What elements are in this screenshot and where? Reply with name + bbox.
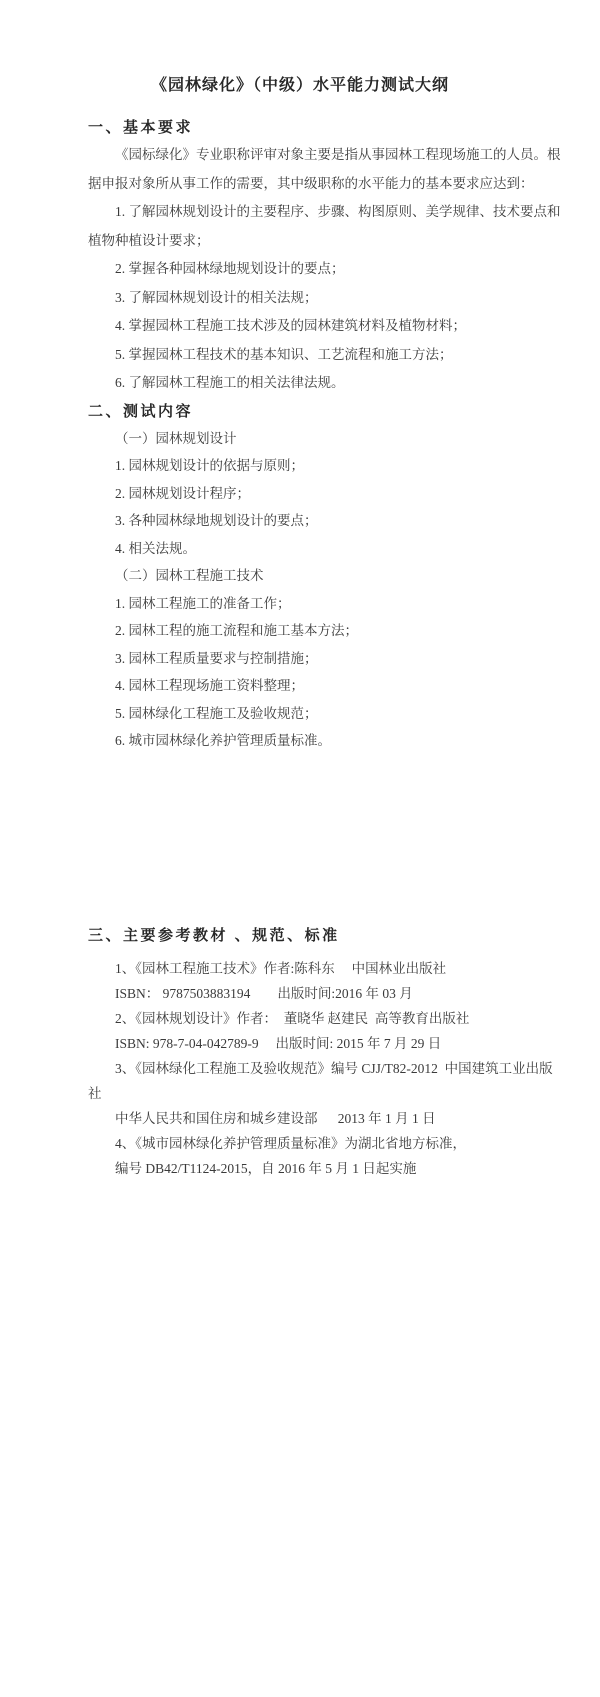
doc-line: 3. 园林工程质量要求与控制措施； [88, 645, 512, 673]
document-content: 《园林绿化》（中级）水平能力测试大纲 一、基本要求 《园标绿化》专业职称评审对象… [0, 0, 600, 1181]
doc-line: 6. 城市园林绿化养护管理质量标准。 [88, 727, 512, 755]
doc-line: 《园标绿化》专业职称评审对象主要是指从事园林工程现场施工的人员。根 [88, 141, 512, 170]
doc-line: ISBN: 978-7-04-042789-9 出版时间: 2015 年 7 月… [88, 1031, 512, 1056]
doc-line: 2、《园林规划设计》作者： 董晓华 赵建民 高等教育出版社 [88, 1006, 512, 1031]
doc-line: 1. 园林工程施工的准备工作； [88, 590, 512, 618]
doc-line: 植物种植设计要求； [88, 227, 512, 256]
doc-line: 3. 了解园林规划设计的相关法规； [88, 284, 512, 313]
doc-line: 2. 园林工程的施工流程和施工基本方法； [88, 617, 512, 645]
section-lines: 1、《园林工程施工技术》作者:陈科东 中国林业出版社ISBN： 97875038… [88, 956, 512, 1181]
section-references: 三、主要参考教材 、规范、标准 1、《园林工程施工技术》作者:陈科东 中国林业出… [88, 922, 512, 1181]
doc-line: 3. 各种园林绿地规划设计的要点； [88, 507, 512, 535]
doc-line: 编号 DB42/T1124-2015，自 2016 年 5 月 1 日起实施 [88, 1156, 512, 1181]
doc-line: 2. 掌握各种园林绿地规划设计的要点； [88, 255, 512, 284]
doc-line: （一）园林规划设计 [88, 425, 512, 453]
section-test-content: 二、测试内容 （一）园林规划设计1. 园林规划设计的依据与原则；2. 园林规划设… [88, 398, 512, 755]
doc-line: 1、《园林工程施工技术》作者:陈科东 中国林业出版社 [88, 956, 512, 981]
doc-line: ISBN： 9787503883194 出版时间:2016 年 03 月 [88, 981, 512, 1006]
doc-line: 4. 园林工程现场施工资料整理； [88, 672, 512, 700]
doc-line: 4. 相关法规。 [88, 535, 512, 563]
doc-line: 4. 掌握园林工程施工技术涉及的园林建筑材料及植物材料； [88, 312, 512, 341]
doc-line: 5. 园林绿化工程施工及验收规范； [88, 700, 512, 728]
doc-line: 3、《园林绿化工程施工及验收规范》编号 CJJ/T82-2012 中国建筑工业出… [88, 1056, 512, 1081]
doc-line: 2. 园林规划设计程序； [88, 480, 512, 508]
section-lines: （一）园林规划设计1. 园林规划设计的依据与原则；2. 园林规划设计程序；3. … [88, 425, 512, 755]
doc-line: （二）园林工程施工技术 [88, 562, 512, 590]
doc-line: 6. 了解园林工程施工的相关法律法规。 [88, 369, 512, 398]
doc-line: 1. 园林规划设计的依据与原则； [88, 452, 512, 480]
doc-line: 4、《城市园林绿化养护管理质量标准》为湖北省地方标准， [88, 1131, 512, 1156]
doc-line: 5. 掌握园林工程技术的基本知识、工艺流程和施工方法； [88, 341, 512, 370]
doc-line: 中华人民共和国住房和城乡建设部 2013 年 1 月 1 日 [88, 1106, 512, 1131]
doc-line: 据申报对象所从事工作的需要，其中级职称的水平能力的基本要求应达到： [88, 170, 512, 199]
section-heading-basic-requirements: 一、基本要求 [88, 114, 512, 141]
document-title: 《园林绿化》（中级）水平能力测试大纲 [88, 0, 512, 99]
section-basic-requirements: 一、基本要求 《园标绿化》专业职称评审对象主要是指从事园林工程现场施工的人员。根… [88, 114, 512, 398]
document-page: 《园林绿化》（中级）水平能力测试大纲 一、基本要求 《园标绿化》专业职称评审对象… [0, 0, 600, 1697]
doc-line: 1. 了解园林规划设计的主要程序、步骤、构图原则、美学规律、技术要点和 [88, 198, 512, 227]
section-heading-references: 三、主要参考教材 、规范、标准 [88, 922, 512, 949]
section-lines: 《园标绿化》专业职称评审对象主要是指从事园林工程现场施工的人员。根据申报对象所从… [88, 141, 512, 398]
doc-line: 社 [88, 1081, 512, 1106]
section-heading-test-content: 二、测试内容 [88, 398, 512, 425]
